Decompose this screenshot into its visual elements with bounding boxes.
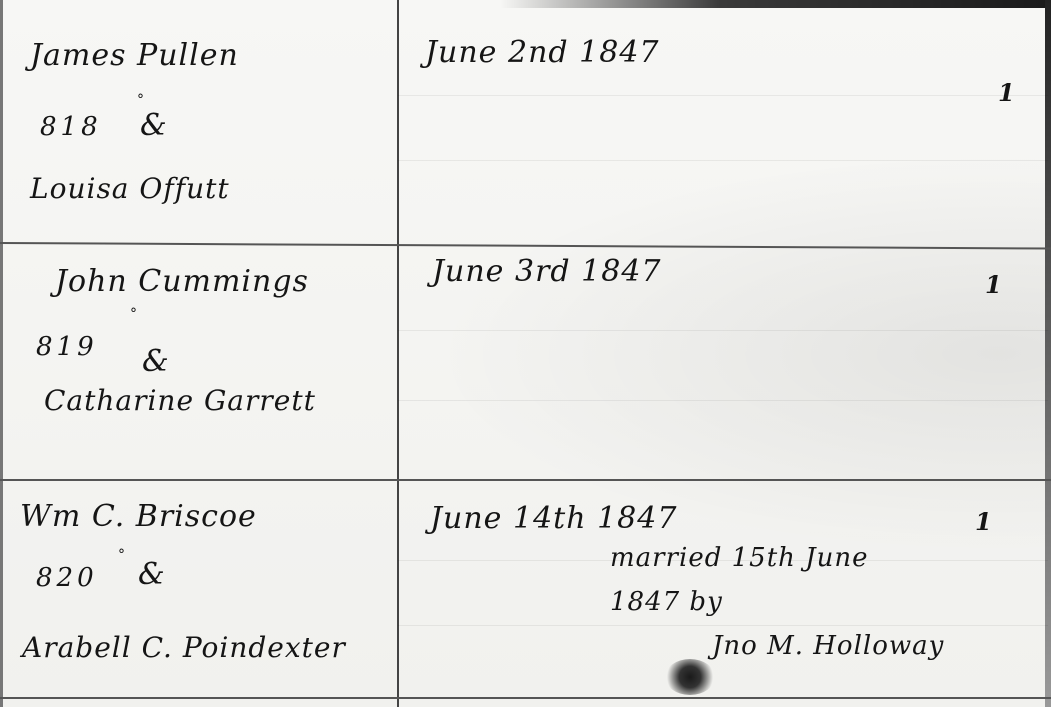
ampersand: & <box>140 108 168 143</box>
ring-mark: ° <box>130 306 138 322</box>
license-date: June 2nd 1847 <box>425 35 660 70</box>
ink-blot <box>665 659 715 695</box>
entry-number: 820 <box>36 563 98 593</box>
license-date: June 3rd 1847 <box>432 254 662 289</box>
groom-name: John Cummings <box>55 264 309 299</box>
tally-mark: 1 <box>998 78 1016 107</box>
row-divider-3 <box>0 697 1051 699</box>
tally-mark: 1 <box>985 270 1003 299</box>
bride-name: Catharine Garrett <box>44 384 316 417</box>
register-entry: James Pullen 818 ° & Louisa Offutt June … <box>0 0 1051 242</box>
groom-name: Wm C. Briscoe <box>20 499 257 534</box>
license-date: June 14th 1847 <box>430 501 677 536</box>
bride-name: Louisa Offutt <box>30 172 230 205</box>
entry-number: 818 <box>40 112 102 142</box>
officiant-signature: Jno M. Holloway <box>712 631 944 661</box>
marriage-note-line-2: 1847 by <box>610 587 723 617</box>
tally-mark: 1 <box>975 507 993 536</box>
marriage-note-line-1: married 15th June <box>610 543 868 573</box>
entry-number: 819 <box>36 332 98 362</box>
ampersand: & <box>138 557 166 592</box>
bride-name: Arabell C. Poindexter <box>22 631 346 664</box>
groom-name: James Pullen <box>30 38 239 73</box>
register-entry: John Cummings ° 819 & Catharine Garrett … <box>0 244 1051 479</box>
ring-mark: ° <box>118 547 126 563</box>
register-page: James Pullen 818 ° & Louisa Offutt June … <box>0 0 1051 707</box>
register-entry: Wm C. Briscoe 820 ° & Arabell C. Poindex… <box>0 481 1051 697</box>
ring-mark: ° <box>137 92 145 108</box>
ampersand: & <box>142 344 170 379</box>
